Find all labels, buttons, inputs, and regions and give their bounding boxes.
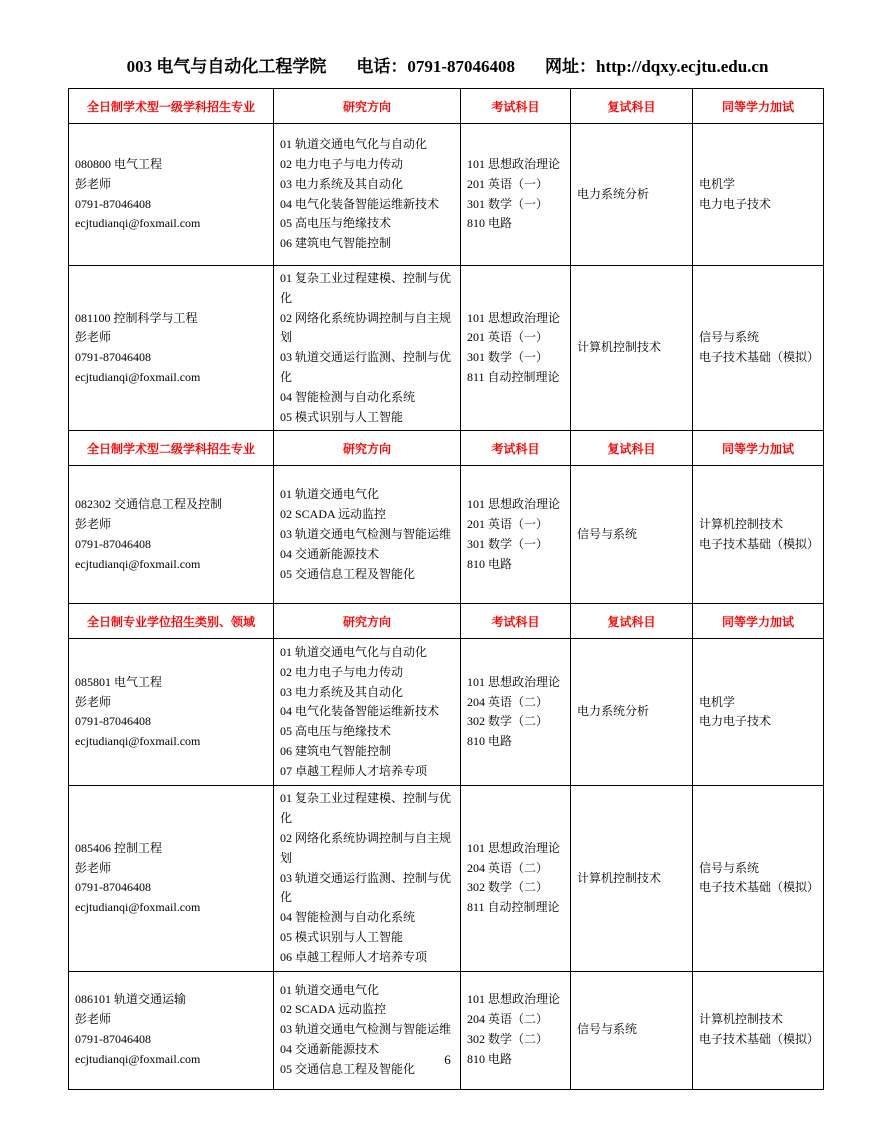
text-line: 081100 控制科学与工程 [75, 309, 267, 329]
text-line: 01 轨道交通电气化与自动化 [280, 643, 454, 663]
text-line: 101 思想政治理论 [467, 155, 564, 175]
text-line: 101 思想政治理论 [467, 495, 564, 515]
phone-text: 电话：0791-87046408 [356, 52, 515, 77]
section-header-exams: 考试科目 [461, 431, 571, 466]
program-cell: 082302 交通信息工程及控制彭老师0791-87046408ecjtudia… [69, 466, 274, 604]
section-header-program: 全日制专业学位招生类别、领域 [69, 604, 274, 639]
program-cell: 085801 电气工程彭老师0791-87046408ecjtudianqi@f… [69, 639, 274, 786]
text-line: 302 数学（二） [467, 1030, 564, 1050]
text-line: 302 数学（二） [467, 878, 564, 898]
section-header-row: 全日制学术型二级学科招生专业 研究方向 考试科目 复试科目 同等学力加试 [69, 431, 824, 466]
text-line: 彭老师 [75, 1010, 267, 1030]
equivalency-subjects-cell: 信号与系统电子技术基础（模拟） [693, 266, 824, 431]
retest-subjects-cell: 信号与系统 [571, 466, 693, 604]
text-line: 03 轨道交通运行监测、控制与优化 [280, 348, 454, 388]
section-header-addtest: 同等学力加试 [693, 431, 824, 466]
text-line: 201 英语（一） [467, 175, 564, 195]
text-line: 0791-87046408 [75, 1030, 267, 1050]
text-line: 信号与系统 [577, 525, 686, 545]
text-line: 04 电气化装备智能运维新技术 [280, 195, 454, 215]
text-line: ecjtudianqi@foxmail.com [75, 555, 267, 575]
text-line: 811 自动控制理论 [467, 368, 564, 388]
text-line: 01 轨道交通电气化 [280, 981, 454, 1001]
text-line: 0791-87046408 [75, 348, 267, 368]
text-line: 302 数学（二） [467, 712, 564, 732]
text-line: 计算机控制技术 [577, 338, 686, 358]
text-line: 06 建筑电气智能控制 [280, 234, 454, 254]
text-line: 085801 电气工程 [75, 673, 267, 693]
text-line: 电子技术基础（模拟） [699, 878, 817, 898]
text-line: 05 高电压与绝缘技术 [280, 722, 454, 742]
text-line: 080800 电气工程 [75, 155, 267, 175]
document-page: 003 电气与自动化工程学院 电话：0791-87046408 网址：http:… [0, 0, 895, 1141]
text-line: 082302 交通信息工程及控制 [75, 495, 267, 515]
text-line: ecjtudianqi@foxmail.com [75, 214, 267, 234]
program-cell: 081100 控制科学与工程彭老师0791-87046408ecjtudianq… [69, 266, 274, 431]
text-line: 085406 控制工程 [75, 839, 267, 859]
text-line: 信号与系统 [699, 328, 817, 348]
exam-subjects-cell: 101 思想政治理论204 英语（二）302 数学（二）810 电路 [461, 639, 571, 786]
text-line: 彭老师 [75, 328, 267, 348]
text-line: 05 高电压与绝缘技术 [280, 214, 454, 234]
table-row: 081100 控制科学与工程彭老师0791-87046408ecjtudianq… [69, 266, 824, 431]
text-line: 计算机控制技术 [577, 869, 686, 889]
section-header-retest: 复试科目 [571, 89, 693, 124]
text-line: 电机学 [699, 693, 817, 713]
text-line: 101 思想政治理论 [467, 673, 564, 693]
website-text: 网址：http://dqxy.ecjtu.edu.cn [545, 52, 768, 77]
text-line: 201 英语（一） [467, 515, 564, 535]
text-line: 04 智能检测与自动化系统 [280, 908, 454, 928]
section-header-program: 全日制学术型一级学科招生专业 [69, 89, 274, 124]
table-row: 080800 电气工程彭老师0791-87046408ecjtudianqi@f… [69, 124, 824, 266]
text-line: 电子技术基础（模拟） [699, 1030, 817, 1050]
retest-subjects-cell: 计算机控制技术 [571, 266, 693, 431]
text-line: 电力电子技术 [699, 195, 817, 215]
section-header-program: 全日制学术型二级学科招生专业 [69, 431, 274, 466]
text-line: 101 思想政治理论 [467, 990, 564, 1010]
text-line: 204 英语（二） [467, 1010, 564, 1030]
text-line: 101 思想政治理论 [467, 309, 564, 329]
research-directions-cell: 01 轨道交通电气化与自动化02 电力电子与电力传动03 电力系统及其自动化04… [274, 639, 461, 786]
section-header-directions: 研究方向 [274, 431, 461, 466]
text-line: 01 轨道交通电气化 [280, 485, 454, 505]
text-line: 0791-87046408 [75, 878, 267, 898]
text-line: 01 复杂工业过程建模、控制与优化 [280, 789, 454, 829]
text-line: 电力系统分析 [577, 702, 686, 722]
retest-subjects-cell: 信号与系统 [571, 971, 693, 1089]
table-row: 085801 电气工程彭老师0791-87046408ecjtudianqi@f… [69, 639, 824, 786]
research-directions-cell: 01 轨道交通电气化与自动化02 电力电子与电力传动03 电力系统及其自动化04… [274, 124, 461, 266]
research-directions-cell: 01 复杂工业过程建模、控制与优化02 网络化系统协调控制与自主规划03 轨道交… [274, 266, 461, 431]
equivalency-subjects-cell: 计算机控制技术电子技术基础（模拟） [693, 466, 824, 604]
section-header-addtest: 同等学力加试 [693, 604, 824, 639]
text-line: ecjtudianqi@foxmail.com [75, 368, 267, 388]
text-line: 811 自动控制理论 [467, 898, 564, 918]
text-line: 02 电力电子与电力传动 [280, 663, 454, 683]
text-line: 301 数学（一） [467, 535, 564, 555]
text-line: ecjtudianqi@foxmail.com [75, 898, 267, 918]
section-header-directions: 研究方向 [274, 604, 461, 639]
section-header-retest: 复试科目 [571, 604, 693, 639]
admissions-table: 全日制学术型一级学科招生专业 研究方向 考试科目 复试科目 同等学力加试 080… [68, 88, 824, 1090]
equivalency-subjects-cell: 电机学电力电子技术 [693, 639, 824, 786]
text-line: 电力电子技术 [699, 712, 817, 732]
text-line: 彭老师 [75, 859, 267, 879]
text-line: 0791-87046408 [75, 195, 267, 215]
text-line: 彭老师 [75, 693, 267, 713]
exam-subjects-cell: 101 思想政治理论201 英语（一）301 数学（一）810 电路 [461, 124, 571, 266]
text-line: ecjtudianqi@foxmail.com [75, 732, 267, 752]
text-line: 101 思想政治理论 [467, 839, 564, 859]
section-header-exams: 考试科目 [461, 89, 571, 124]
equivalency-subjects-cell: 信号与系统电子技术基础（模拟） [693, 786, 824, 971]
table-row: 082302 交通信息工程及控制彭老师0791-87046408ecjtudia… [69, 466, 824, 604]
text-line: 03 轨道交通运行监测、控制与优化 [280, 869, 454, 909]
text-line: 07 卓越工程师人才培养专项 [280, 762, 454, 782]
text-line: 02 SCADA 远动监控 [280, 1000, 454, 1020]
text-line: 03 轨道交通电气检测与智能运维 [280, 525, 454, 545]
text-line: 204 英语（二） [467, 859, 564, 879]
text-line: 04 智能检测与自动化系统 [280, 388, 454, 408]
retest-subjects-cell: 电力系统分析 [571, 639, 693, 786]
text-line: 06 建筑电气智能控制 [280, 742, 454, 762]
text-line: 204 英语（二） [467, 693, 564, 713]
text-line: 05 模式识别与人工智能 [280, 408, 454, 428]
text-line: 086101 轨道交通运输 [75, 990, 267, 1010]
text-line: 计算机控制技术 [699, 1010, 817, 1030]
text-line: 810 电路 [467, 214, 564, 234]
section-header-row: 全日制学术型一级学科招生专业 研究方向 考试科目 复试科目 同等学力加试 [69, 89, 824, 124]
text-line: 02 网络化系统协调控制与自主规划 [280, 309, 454, 349]
text-line: 301 数学（一） [467, 195, 564, 215]
text-line: 03 轨道交通电气检测与智能运维 [280, 1020, 454, 1040]
text-line: 301 数学（一） [467, 348, 564, 368]
college-title: 003 电气与自动化工程学院 [127, 52, 327, 77]
text-line: 信号与系统 [699, 859, 817, 879]
text-line: 01 轨道交通电气化与自动化 [280, 135, 454, 155]
text-line: 信号与系统 [577, 1020, 686, 1040]
program-cell: 086101 轨道交通运输彭老师0791-87046408ecjtudianqi… [69, 971, 274, 1089]
text-line: 04 交通新能源技术 [280, 545, 454, 565]
text-line: 05 交通信息工程及智能化 [280, 565, 454, 585]
text-line: 电机学 [699, 175, 817, 195]
text-line: 02 SCADA 远动监控 [280, 505, 454, 525]
research-directions-cell: 01 轨道交通电气化02 SCADA 远动监控03 轨道交通电气检测与智能运维0… [274, 971, 461, 1089]
text-line: 计算机控制技术 [699, 515, 817, 535]
page-number: 6 [0, 1052, 895, 1068]
research-directions-cell: 01 复杂工业过程建模、控制与优化02 网络化系统协调控制与自主规划03 轨道交… [274, 786, 461, 971]
text-line: 06 卓越工程师人才培养专项 [280, 948, 454, 968]
retest-subjects-cell: 电力系统分析 [571, 124, 693, 266]
document-header: 003 电气与自动化工程学院 电话：0791-87046408 网址：http:… [0, 52, 895, 77]
section-header-retest: 复试科目 [571, 431, 693, 466]
research-directions-cell: 01 轨道交通电气化02 SCADA 远动监控03 轨道交通电气检测与智能运维0… [274, 466, 461, 604]
program-cell: 080800 电气工程彭老师0791-87046408ecjtudianqi@f… [69, 124, 274, 266]
section-header-row: 全日制专业学位招生类别、领域 研究方向 考试科目 复试科目 同等学力加试 [69, 604, 824, 639]
text-line: 03 电力系统及其自动化 [280, 175, 454, 195]
text-line: 电力系统分析 [577, 185, 686, 205]
text-line: 810 电路 [467, 732, 564, 752]
exam-subjects-cell: 101 思想政治理论204 英语（二）302 数学（二）811 自动控制理论 [461, 786, 571, 971]
section-header-addtest: 同等学力加试 [693, 89, 824, 124]
exam-subjects-cell: 101 思想政治理论201 英语（一）301 数学（一）810 电路 [461, 466, 571, 604]
text-line: 01 复杂工业过程建模、控制与优化 [280, 269, 454, 309]
equivalency-subjects-cell: 计算机控制技术电子技术基础（模拟） [693, 971, 824, 1089]
text-line: 04 电气化装备智能运维新技术 [280, 702, 454, 722]
text-line: 彭老师 [75, 175, 267, 195]
text-line: 0791-87046408 [75, 535, 267, 555]
text-line: 03 电力系统及其自动化 [280, 683, 454, 703]
text-line: 电子技术基础（模拟） [699, 535, 817, 555]
program-cell: 085406 控制工程彭老师0791-87046408ecjtudianqi@f… [69, 786, 274, 971]
exam-subjects-cell: 101 思想政治理论204 英语（二）302 数学（二）810 电路 [461, 971, 571, 1089]
text-line: 0791-87046408 [75, 712, 267, 732]
text-line: 电子技术基础（模拟） [699, 348, 817, 368]
equivalency-subjects-cell: 电机学电力电子技术 [693, 124, 824, 266]
text-line: 05 模式识别与人工智能 [280, 928, 454, 948]
retest-subjects-cell: 计算机控制技术 [571, 786, 693, 971]
text-line: 201 英语（一） [467, 328, 564, 348]
text-line: 02 电力电子与电力传动 [280, 155, 454, 175]
table-row: 085406 控制工程彭老师0791-87046408ecjtudianqi@f… [69, 786, 824, 971]
text-line: 彭老师 [75, 515, 267, 535]
table-row: 086101 轨道交通运输彭老师0791-87046408ecjtudianqi… [69, 971, 824, 1089]
text-line: 810 电路 [467, 555, 564, 575]
section-header-directions: 研究方向 [274, 89, 461, 124]
exam-subjects-cell: 101 思想政治理论201 英语（一）301 数学（一）811 自动控制理论 [461, 266, 571, 431]
text-line: 02 网络化系统协调控制与自主规划 [280, 829, 454, 869]
section-header-exams: 考试科目 [461, 604, 571, 639]
